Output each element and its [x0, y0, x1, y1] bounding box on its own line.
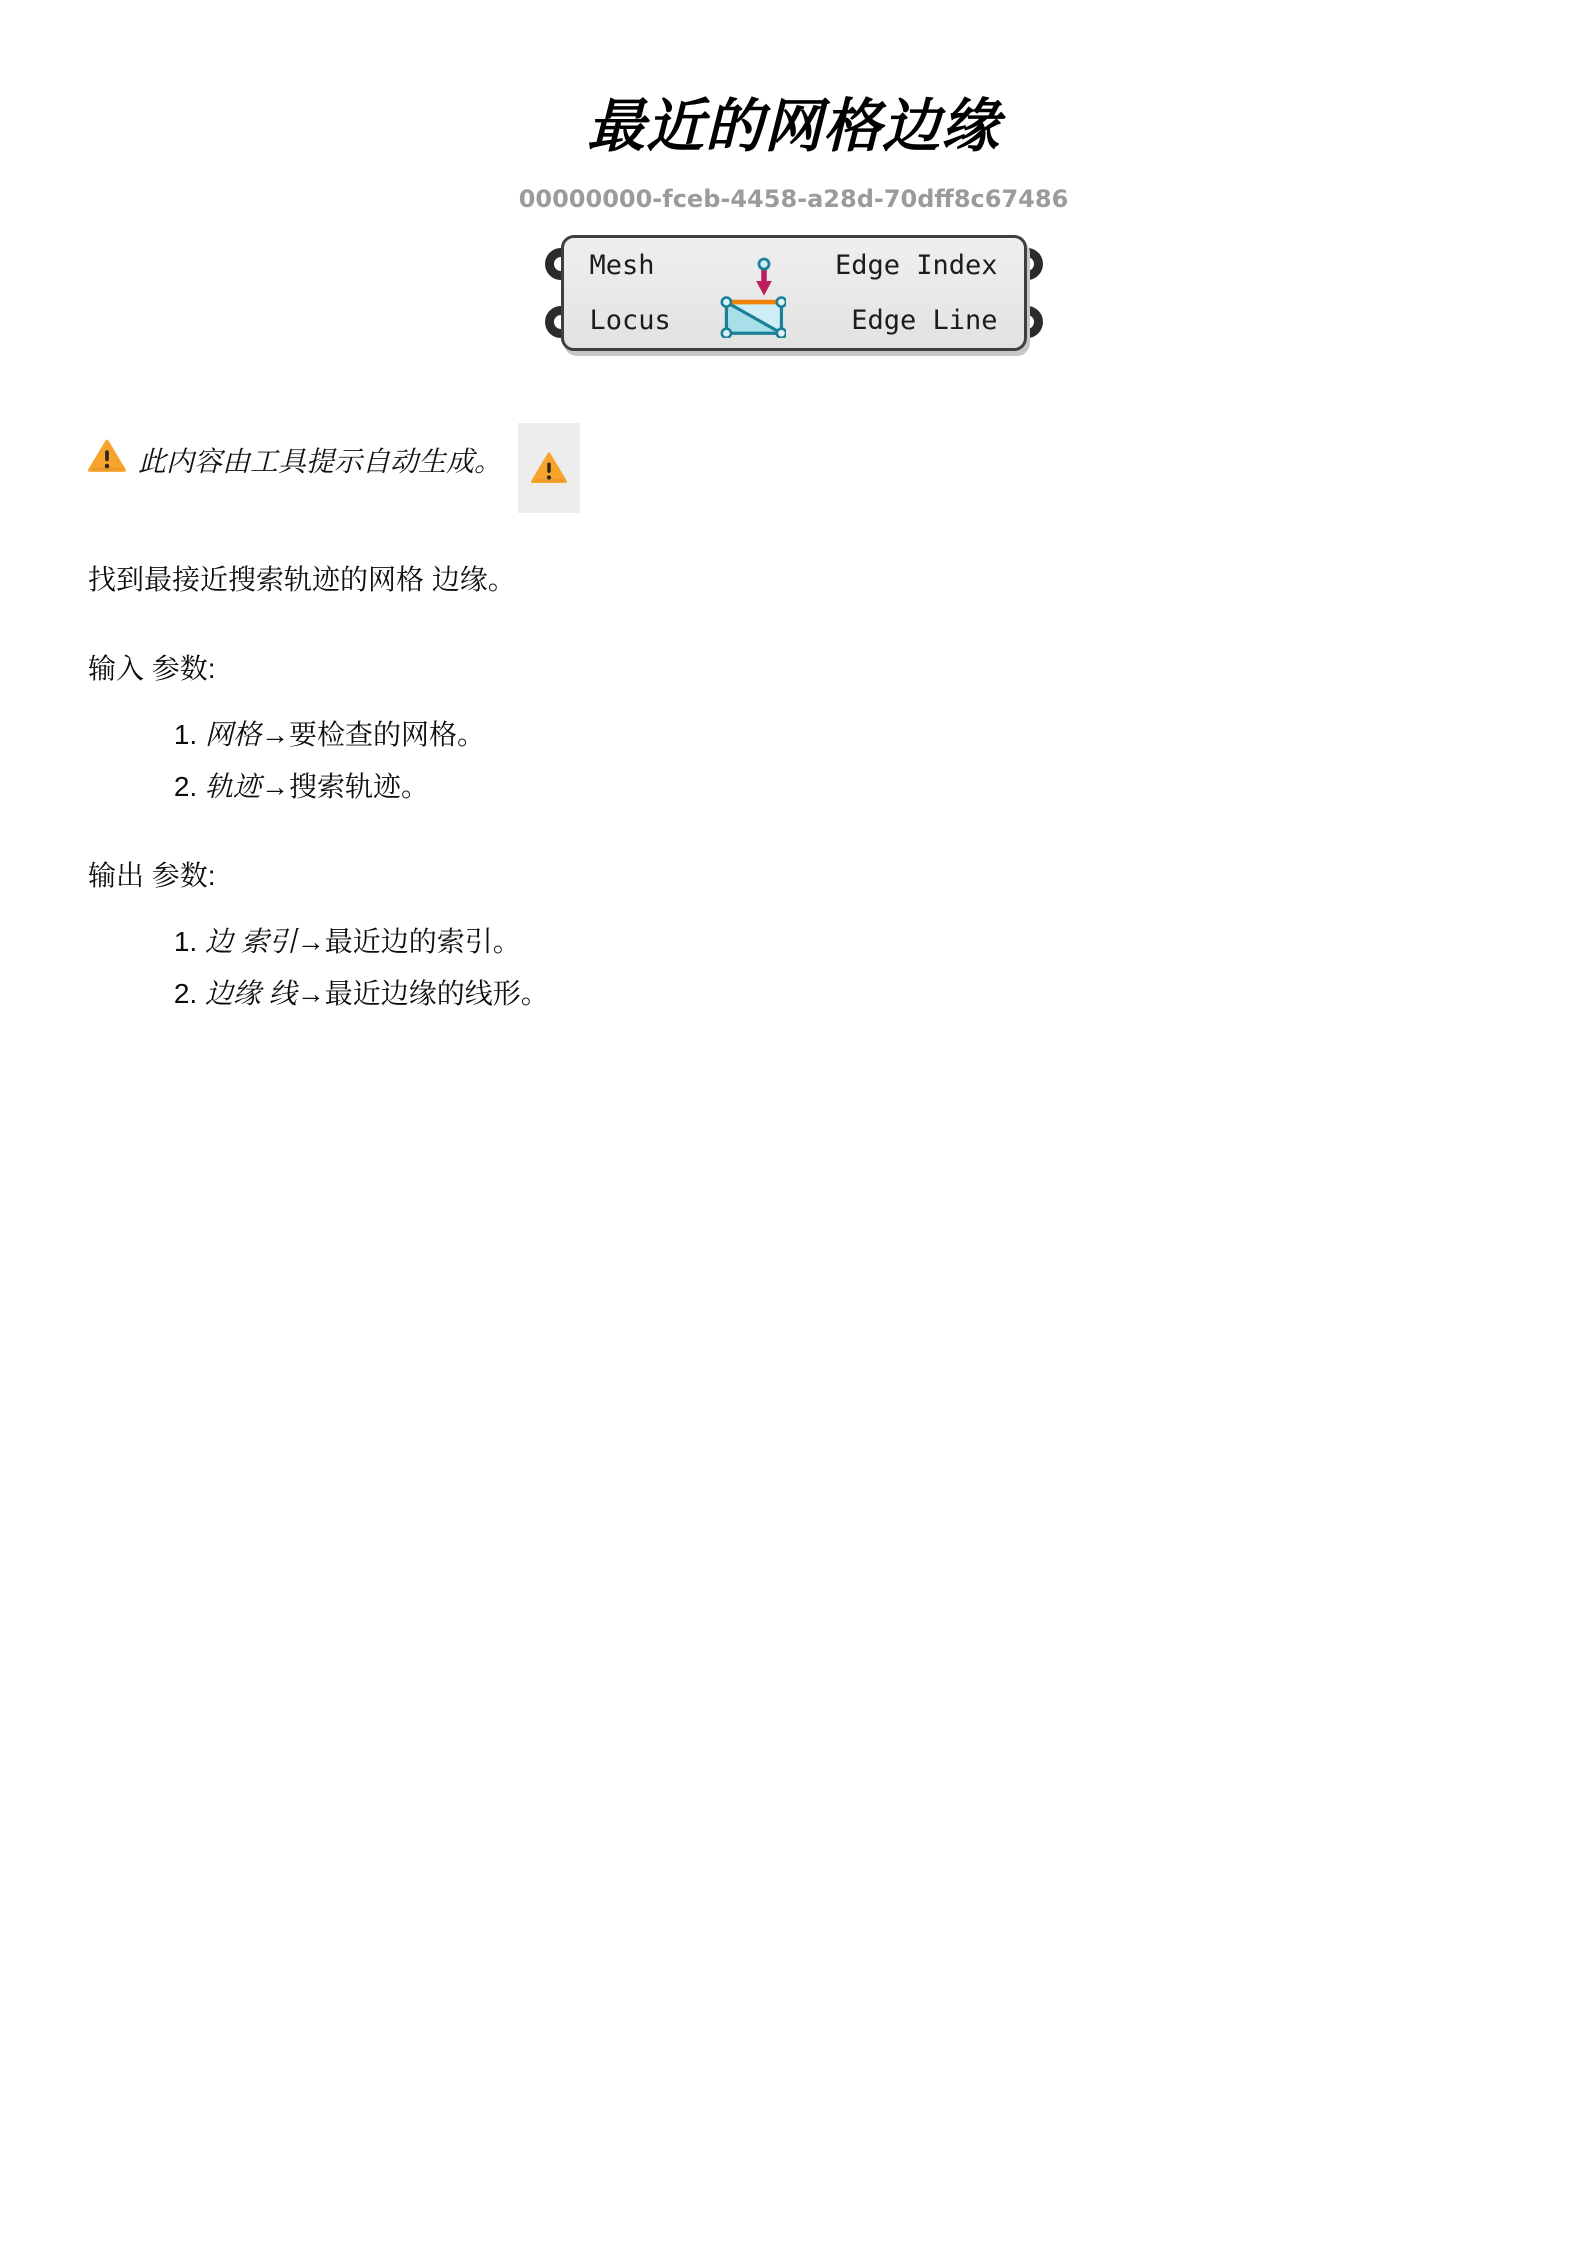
output-label-edge-line: Edge Line — [851, 307, 997, 334]
page-title: 最近的网格边缘 — [0, 94, 1587, 161]
notice-text: 此内容由工具提示自动生成。 — [138, 440, 502, 480]
arrow-text: → — [261, 719, 289, 750]
param-name: 边 索引 — [205, 926, 297, 957]
list-item: 轨迹→搜索轨迹。 — [205, 767, 1499, 808]
output-label-edge-index: Edge Index — [835, 252, 998, 279]
warning-icon — [518, 423, 580, 513]
input-label-mesh: Mesh — [590, 252, 671, 279]
component-diagram: Mesh Locus — [0, 235, 1587, 351]
param-description: 最近边的索引。 — [325, 926, 521, 957]
param-name: 边缘 线 — [205, 978, 297, 1009]
arrow-text: → — [261, 771, 289, 802]
list-item: 网格→要检查的网格。 — [205, 715, 1499, 756]
auto-generated-notice: 此内容由工具提示自动生成。 — [88, 407, 1499, 513]
list-item: 边 索引→最近边的索引。 — [205, 922, 1499, 963]
component-body: Mesh Locus — [561, 235, 1027, 351]
closest-mesh-edge-icon — [720, 257, 786, 343]
component-description: 找到最接近搜索轨迹的网格 边缘。 — [88, 559, 1499, 601]
warning-icon — [88, 439, 126, 480]
param-name: 网格 — [205, 719, 261, 750]
outputs-heading: 输出 参数: — [88, 854, 1499, 894]
inputs-heading: 输入 参数: — [88, 647, 1499, 687]
component-uuid: 00000000-fceb-4458-a28d-70dff8c67486 — [0, 185, 1587, 213]
list-item: 边缘 线→最近边缘的线形。 — [205, 974, 1499, 1015]
arrow-text: → — [297, 978, 325, 1009]
param-description: 要检查的网格。 — [289, 719, 485, 750]
input-label-locus: Locus — [590, 307, 671, 334]
param-name: 轨迹 — [205, 771, 261, 802]
outputs-list: 边 索引→最近边的索引。 边缘 线→最近边缘的线形。 — [88, 922, 1499, 1015]
inputs-list: 网格→要检查的网格。 轨迹→搜索轨迹。 — [88, 715, 1499, 808]
arrow-text: → — [297, 926, 325, 957]
param-description: 最近边缘的线形。 — [325, 978, 549, 1009]
param-description: 搜索轨迹。 — [289, 771, 429, 802]
